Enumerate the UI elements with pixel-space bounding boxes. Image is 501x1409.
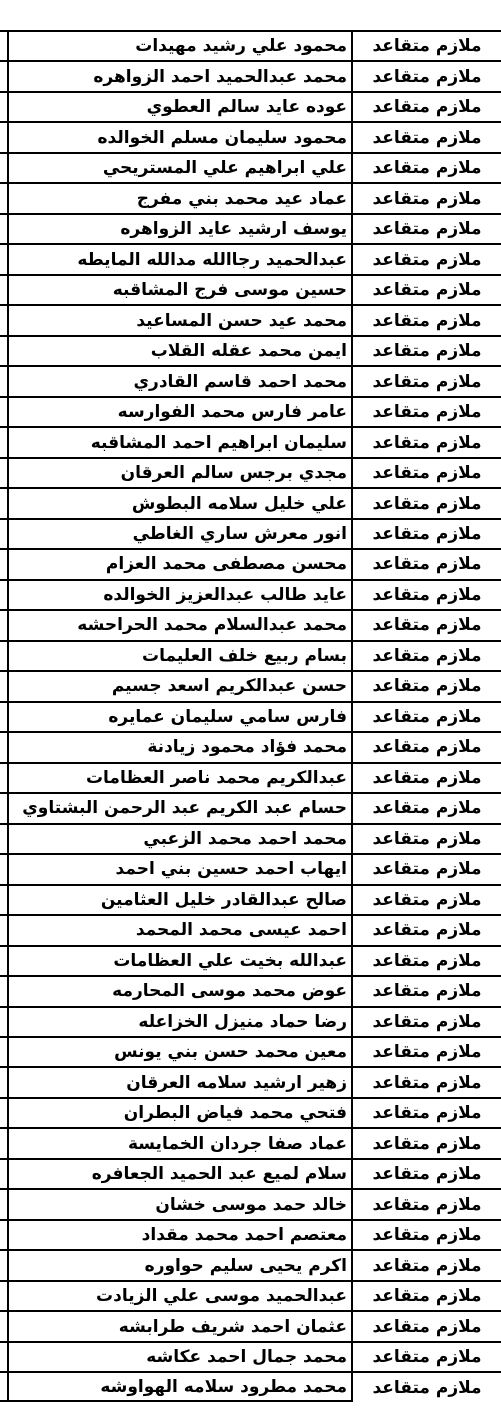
rank-cell: ملازم متقاعد (353, 62, 501, 90)
rank-cell: ملازم متقاعد (353, 916, 501, 944)
name-cell: محمد فؤاد محمود زيادنة (9, 733, 353, 761)
table-row: بسام ربيع خلف العليمات ملازم متقاعد (0, 642, 501, 672)
name-cell: معتصم احمد محمد مقداد (9, 1221, 353, 1249)
name-cell: محمد مطرود سلامه الهواوشه (9, 1373, 353, 1401)
serial-cell (0, 184, 9, 212)
table-row: عوده عايد سالم العطوي ملازم متقاعد (0, 93, 501, 123)
table-row: ايهاب احمد حسين بني احمد ملازم متقاعد (0, 855, 501, 885)
rank-cell: ملازم متقاعد (353, 1190, 501, 1218)
serial-cell (0, 672, 9, 700)
rank-cell: ملازم متقاعد (353, 1068, 501, 1096)
name-cell: صالح عبدالقادر خليل العثامين (9, 886, 353, 914)
table-row: عبدالكريم محمد ناصر العظامات ملازم متقاع… (0, 764, 501, 794)
table-row: خالد حمد موسى خشان ملازم متقاعد (0, 1190, 501, 1220)
rank-cell: ملازم متقاعد (353, 977, 501, 1005)
serial-cell (0, 550, 9, 578)
serial-cell (0, 1312, 9, 1340)
name-cell: انور معرش ساري الغاطي (9, 520, 353, 548)
name-cell: احمد عيسى محمد المحمد (9, 916, 353, 944)
serial-cell (0, 276, 9, 304)
name-cell: محسن مصطفى محمد العزام (9, 550, 353, 578)
table-row: محمد عبدالسلام محمد الحراحشه ملازم متقاع… (0, 611, 501, 641)
serial-cell (0, 489, 9, 517)
table-row: صالح عبدالقادر خليل العثامين ملازم متقاع… (0, 886, 501, 916)
serial-cell (0, 886, 9, 914)
serial-cell (0, 1190, 9, 1218)
table-row: محمد مطرود سلامه الهواوشه ملازم متقاعد (0, 1373, 501, 1401)
serial-cell (0, 215, 9, 243)
rank-cell: ملازم متقاعد (353, 123, 501, 151)
table-row: عثمان احمد شريف طرابشه ملازم متقاعد (0, 1312, 501, 1342)
name-cell: علي ابراهيم علي المستريحي (9, 154, 353, 182)
name-cell: حسين موسى فرج المشاقبه (9, 276, 353, 304)
serial-cell (0, 1129, 9, 1157)
rank-cell: ملازم متقاعد (353, 154, 501, 182)
name-cell: عبدالحميد رجاالله مدالله المايطه (9, 245, 353, 273)
serial-cell (0, 398, 9, 426)
name-cell: عوده عايد سالم العطوي (9, 93, 353, 121)
name-cell: سلام لميع عبد الحميد الجعافره (9, 1160, 353, 1188)
serial-cell (0, 123, 9, 151)
serial-cell (0, 733, 9, 761)
name-cell: عماد صفا جردان الخمايسة (9, 1129, 353, 1157)
name-cell: عوض محمد موسى المحارمه (9, 977, 353, 1005)
serial-cell (0, 1251, 9, 1279)
page: { "colors": { "background": "#ffffff", "… (0, 0, 501, 1409)
table-row: سليمان ابراهيم احمد المشاقبه ملازم متقاع… (0, 428, 501, 458)
table-row: محمود علي رشيد مهيدات ملازم متقاعد (0, 32, 501, 62)
name-cell: خالد حمد موسى خشان (9, 1190, 353, 1218)
serial-cell (0, 1099, 9, 1127)
rank-cell: ملازم متقاعد (353, 184, 501, 212)
rank-cell: ملازم متقاعد (353, 337, 501, 365)
serial-cell (0, 825, 9, 853)
table-row: محمد عيد حسن المساعيد ملازم متقاعد (0, 306, 501, 336)
serial-cell (0, 947, 9, 975)
serial-cell (0, 1282, 9, 1310)
table-row: محمود سليمان مسلم الخوالده ملازم متقاعد (0, 123, 501, 153)
name-cell: مجدي برجس سالم العرقان (9, 459, 353, 487)
table-row: انور معرش ساري الغاطي ملازم متقاعد (0, 520, 501, 550)
name-cell: زهير ارشيد سلامه العرقان (9, 1068, 353, 1096)
rank-cell: ملازم متقاعد (353, 93, 501, 121)
rank-cell: ملازم متقاعد (353, 215, 501, 243)
name-cell: رضا حماد منيزل الخزاعله (9, 1008, 353, 1036)
name-cell: فارس سامي سليمان عمايره (9, 703, 353, 731)
table-row: زهير ارشيد سلامه العرقان ملازم متقاعد (0, 1068, 501, 1098)
serial-cell (0, 794, 9, 822)
rank-cell: ملازم متقاعد (353, 398, 501, 426)
name-cell: عثمان احمد شريف طرابشه (9, 1312, 353, 1340)
name-cell: يوسف ارشيد عايد الزواهره (9, 215, 353, 243)
rank-cell: ملازم متقاعد (353, 1008, 501, 1036)
serial-cell (0, 1068, 9, 1096)
retirees-table: محمود علي رشيد مهيدات ملازم متقاعد محمد … (0, 30, 501, 1402)
name-cell: ايهاب احمد حسين بني احمد (9, 855, 353, 883)
table-row: فتحي محمد فياض البطران ملازم متقاعد (0, 1099, 501, 1129)
rank-cell: ملازم متقاعد (353, 306, 501, 334)
table-row: علي ابراهيم علي المستريحي ملازم متقاعد (0, 154, 501, 184)
table-row: سلام لميع عبد الحميد الجعافره ملازم متقا… (0, 1160, 501, 1190)
table-row: معتصم احمد محمد مقداد ملازم متقاعد (0, 1221, 501, 1251)
table-row: محمد احمد قاسم القادري ملازم متقاعد (0, 367, 501, 397)
rank-cell: ملازم متقاعد (353, 520, 501, 548)
serial-cell (0, 611, 9, 639)
serial-cell (0, 154, 9, 182)
rank-cell: ملازم متقاعد (353, 764, 501, 792)
name-cell: فتحي محمد فياض البطران (9, 1099, 353, 1127)
name-cell: محمد عبدالحميد احمد الزواهره (9, 62, 353, 90)
table-row: عبدالحميد موسى علي الزيادت ملازم متقاعد (0, 1282, 501, 1312)
name-cell: محمود سليمان مسلم الخوالده (9, 123, 353, 151)
serial-cell (0, 642, 9, 670)
serial-cell (0, 93, 9, 121)
table-row: عماد عيد محمد بني مفرج ملازم متقاعد (0, 184, 501, 214)
name-cell: محمد عيد حسن المساعيد (9, 306, 353, 334)
name-cell: عامر فارس محمد الفوارسه (9, 398, 353, 426)
rank-cell: ملازم متقاعد (353, 886, 501, 914)
name-cell: محمود علي رشيد مهيدات (9, 32, 353, 60)
serial-cell (0, 337, 9, 365)
table-row: عامر فارس محمد الفوارسه ملازم متقاعد (0, 398, 501, 428)
name-cell: سليمان ابراهيم احمد المشاقبه (9, 428, 353, 456)
rank-cell: ملازم متقاعد (353, 581, 501, 609)
rank-cell: ملازم متقاعد (353, 947, 501, 975)
table-row: محمد جمال احمد عكاشه ملازم متقاعد (0, 1343, 501, 1373)
table-row: مجدي برجس سالم العرقان ملازم متقاعد (0, 459, 501, 489)
serial-cell (0, 764, 9, 792)
serial-cell (0, 520, 9, 548)
name-cell: بسام ربيع خلف العليمات (9, 642, 353, 670)
rank-cell: ملازم متقاعد (353, 1038, 501, 1066)
rank-cell: ملازم متقاعد (353, 367, 501, 395)
name-cell: محمد جمال احمد عكاشه (9, 1343, 353, 1371)
name-cell: محمد عبدالسلام محمد الحراحشه (9, 611, 353, 639)
name-cell: اكرم يحيى سليم حواوره (9, 1251, 353, 1279)
name-cell: معين محمد حسن بني يونس (9, 1038, 353, 1066)
rank-cell: ملازم متقاعد (353, 428, 501, 456)
rank-cell: ملازم متقاعد (353, 1251, 501, 1279)
rank-cell: ملازم متقاعد (353, 1221, 501, 1249)
name-cell: ايمن محمد عقله القلاب (9, 337, 353, 365)
name-cell: علي خليل سلامه البطوش (9, 489, 353, 517)
name-cell: عبدالكريم محمد ناصر العظامات (9, 764, 353, 792)
serial-cell (0, 428, 9, 456)
rank-cell: ملازم متقاعد (353, 642, 501, 670)
rank-cell: ملازم متقاعد (353, 550, 501, 578)
rank-cell: ملازم متقاعد (353, 733, 501, 761)
serial-cell (0, 1373, 9, 1401)
name-cell: عبدالله بخيت علي العظامات (9, 947, 353, 975)
table-row: ايمن محمد عقله القلاب ملازم متقاعد (0, 337, 501, 367)
serial-cell (0, 581, 9, 609)
rank-cell: ملازم متقاعد (353, 672, 501, 700)
rank-cell: ملازم متقاعد (353, 1129, 501, 1157)
table-row: علي خليل سلامه البطوش ملازم متقاعد (0, 489, 501, 519)
rank-cell: ملازم متقاعد (353, 1282, 501, 1310)
table-row: احمد عيسى محمد المحمد ملازم متقاعد (0, 916, 501, 946)
rank-cell: ملازم متقاعد (353, 855, 501, 883)
serial-cell (0, 306, 9, 334)
rank-cell: ملازم متقاعد (353, 1312, 501, 1340)
table-row: فارس سامي سليمان عمايره ملازم متقاعد (0, 703, 501, 733)
rank-cell: ملازم متقاعد (353, 1343, 501, 1371)
table-row: عوض محمد موسى المحارمه ملازم متقاعد (0, 977, 501, 1007)
name-cell: محمد احمد محمد الزعبي (9, 825, 353, 853)
table-row: يوسف ارشيد عايد الزواهره ملازم متقاعد (0, 215, 501, 245)
serial-cell (0, 1008, 9, 1036)
table-row: عبدالله بخيت علي العظامات ملازم متقاعد (0, 947, 501, 977)
rank-cell: ملازم متقاعد (353, 32, 501, 60)
rank-cell: ملازم متقاعد (353, 825, 501, 853)
rank-cell: ملازم متقاعد (353, 703, 501, 731)
table-row: معين محمد حسن بني يونس ملازم متقاعد (0, 1038, 501, 1068)
table-row: محسن مصطفى محمد العزام ملازم متقاعد (0, 550, 501, 580)
rank-cell: ملازم متقاعد (353, 245, 501, 273)
table-row: محمد عبدالحميد احمد الزواهره ملازم متقاع… (0, 62, 501, 92)
serial-cell (0, 367, 9, 395)
serial-cell (0, 459, 9, 487)
table-row: رضا حماد منيزل الخزاعله ملازم متقاعد (0, 1008, 501, 1038)
serial-cell (0, 1038, 9, 1066)
rank-cell: ملازم متقاعد (353, 1160, 501, 1188)
name-cell: عماد عيد محمد بني مفرج (9, 184, 353, 212)
table-row: عماد صفا جردان الخمايسة ملازم متقاعد (0, 1129, 501, 1159)
table-row: محمد احمد محمد الزعبي ملازم متقاعد (0, 825, 501, 855)
serial-cell (0, 977, 9, 1005)
serial-cell (0, 703, 9, 731)
serial-cell (0, 855, 9, 883)
rank-cell: ملازم متقاعد (353, 794, 501, 822)
serial-cell (0, 1343, 9, 1371)
table-row: عبدالحميد رجاالله مدالله المايطه ملازم م… (0, 245, 501, 275)
serial-cell (0, 916, 9, 944)
serial-cell (0, 1160, 9, 1188)
name-cell: عايد طالب عبدالعزيز الخوالده (9, 581, 353, 609)
rank-cell: ملازم متقاعد (353, 611, 501, 639)
name-cell: محمد احمد قاسم القادري (9, 367, 353, 395)
serial-cell (0, 62, 9, 90)
rank-cell: ملازم متقاعد (353, 489, 501, 517)
table-row: حسن عبدالكريم اسعد جسيم ملازم متقاعد (0, 672, 501, 702)
rank-cell: ملازم متقاعد (353, 1099, 501, 1127)
serial-cell (0, 32, 9, 60)
table-row: حسين موسى فرج المشاقبه ملازم متقاعد (0, 276, 501, 306)
name-cell: حسن عبدالكريم اسعد جسيم (9, 672, 353, 700)
serial-cell (0, 245, 9, 273)
name-cell: عبدالحميد موسى علي الزيادت (9, 1282, 353, 1310)
rank-cell: ملازم متقاعد (353, 459, 501, 487)
rank-cell: ملازم متقاعد (353, 276, 501, 304)
serial-cell (0, 1221, 9, 1249)
table-row: عايد طالب عبدالعزيز الخوالده ملازم متقاع… (0, 581, 501, 611)
table-row: محمد فؤاد محمود زيادنة ملازم متقاعد (0, 733, 501, 763)
table-row: اكرم يحيى سليم حواوره ملازم متقاعد (0, 1251, 501, 1281)
table-row: حسام عبد الكريم عبد الرحمن البشتاوي ملاز… (0, 794, 501, 824)
name-cell: حسام عبد الكريم عبد الرحمن البشتاوي (9, 794, 353, 822)
rank-cell: ملازم متقاعد (353, 1373, 501, 1401)
